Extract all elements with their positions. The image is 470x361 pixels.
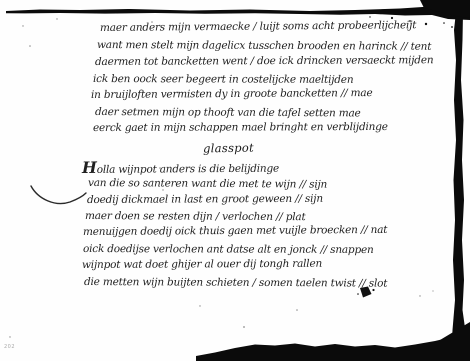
- manuscript-line: van die so santeren want die met te wijn…: [88, 177, 327, 191]
- manuscript-line: wijnpot wat doet ghijer al ouer dij tong…: [82, 258, 322, 271]
- page-corner-mark: 202: [4, 344, 15, 350]
- manuscript-line: want men stelt mijn dagelicx tusschen br…: [97, 39, 431, 53]
- scan-corner-bottom-right: [440, 322, 470, 361]
- scan-edge-right: [451, 12, 468, 361]
- manuscript-line: daer setmen mijn op thooft van die tafel…: [95, 106, 361, 119]
- manuscript-line: oick doedijse verlochen ant datse alt en…: [83, 243, 374, 256]
- manuscript-line: maer doen se resten dijn / verlochen // …: [85, 210, 306, 223]
- scan-edge-top: [6, 4, 470, 20]
- manuscript-line: ick ben oock seer begeert in costelijcke…: [93, 73, 353, 86]
- manuscript-line: Holla wijnpot anders is die belijdinge: [82, 157, 279, 177]
- manuscript-line: maer anders mijn vermaecke / luijt soms …: [100, 19, 416, 34]
- manuscript-line: daermen tot bancketten went / doe ick dr…: [95, 54, 433, 68]
- manuscript-line: menuijgen doedij oick thuis gaen met vui…: [83, 224, 387, 238]
- speaker-heading: glasspot: [203, 141, 254, 156]
- margin-flourish-stroke: [31, 186, 86, 204]
- manuscript-line: eerck gaet in mijn schappen mael bringht…: [93, 121, 388, 134]
- manuscript-line: doedij dickmael in last en groot geween …: [87, 193, 323, 206]
- manuscript-page: maer anders mijn vermaecke / luijt soms …: [0, 0, 470, 361]
- manuscript-line: in bruijloften vermisten dy in groote ba…: [91, 87, 373, 101]
- manuscript-line: die metten wijn buijten schieten / somen…: [84, 276, 387, 290]
- scan-edge-bottom: [196, 326, 470, 361]
- scan-corner-top-right: [420, 0, 470, 18]
